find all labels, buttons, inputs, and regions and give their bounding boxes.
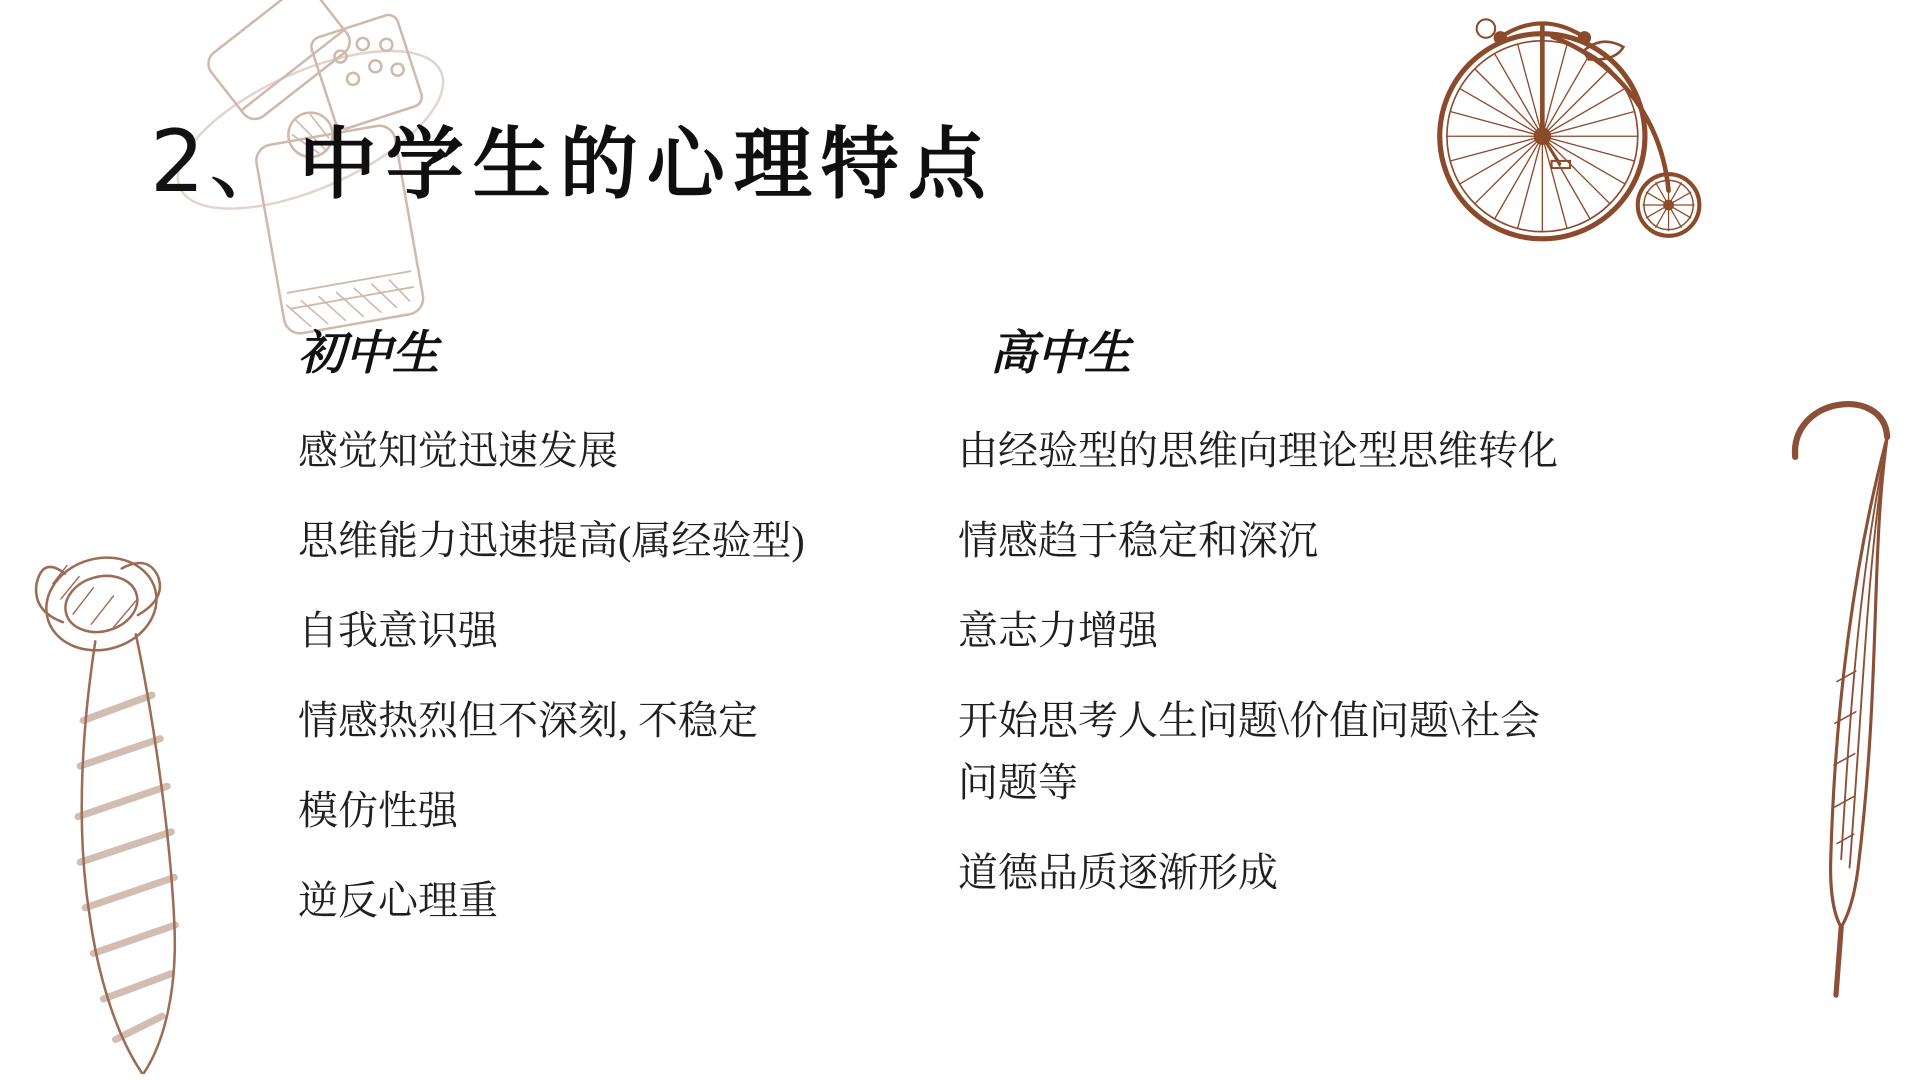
title-text: 中学生的心理特点 [299,120,995,210]
junior-students-column: 初中生 感觉知觉迅速发展 思维能力迅速提高(属经验型) 自我意识强 情感热烈但不… [298,328,873,960]
senior-students-column: 高中生 由经验型的思维向理论型思维转化 情感趋于稳定和深沉 意志力增强 开始思考… [958,328,1570,932]
junior-item-2: 思维能力迅速提高(属经验型) [298,510,873,572]
junior-item-3: 自我意识强 [298,600,873,662]
slide-title: 2、中学生的心理特点 [150,92,995,216]
umbrella-sketch [1752,368,1920,1016]
junior-item-6: 逆反心理重 [298,870,873,932]
senior-item-5: 道德品质逐渐形成 [958,842,1570,904]
slide: 2、中学生的心理特点 初中生 感觉知觉迅速发展 思维能力迅速提高(属经验型) 自… [0,0,1920,1080]
senior-item-4: 开始思考人生问题\价值问题\社会问题等 [958,690,1570,814]
junior-item-5: 模仿性强 [298,780,873,842]
senior-item-3: 意志力增强 [958,600,1570,662]
junior-item-1: 感觉知觉迅速发展 [298,420,873,482]
junior-item-4: 情感热烈但不深刻, 不稳定 [298,690,873,752]
senior-column-header: 高中生 [990,328,1570,380]
senior-item-2: 情感趋于稳定和深沉 [958,510,1570,572]
penny-farthing-bicycle-sketch [1422,8,1714,244]
necktie-sketch [20,528,278,1080]
senior-item-1: 由经验型的思维向理论型思维转化 [958,420,1570,482]
junior-column-header: 初中生 [298,328,873,380]
title-number: 2、 [150,112,299,212]
